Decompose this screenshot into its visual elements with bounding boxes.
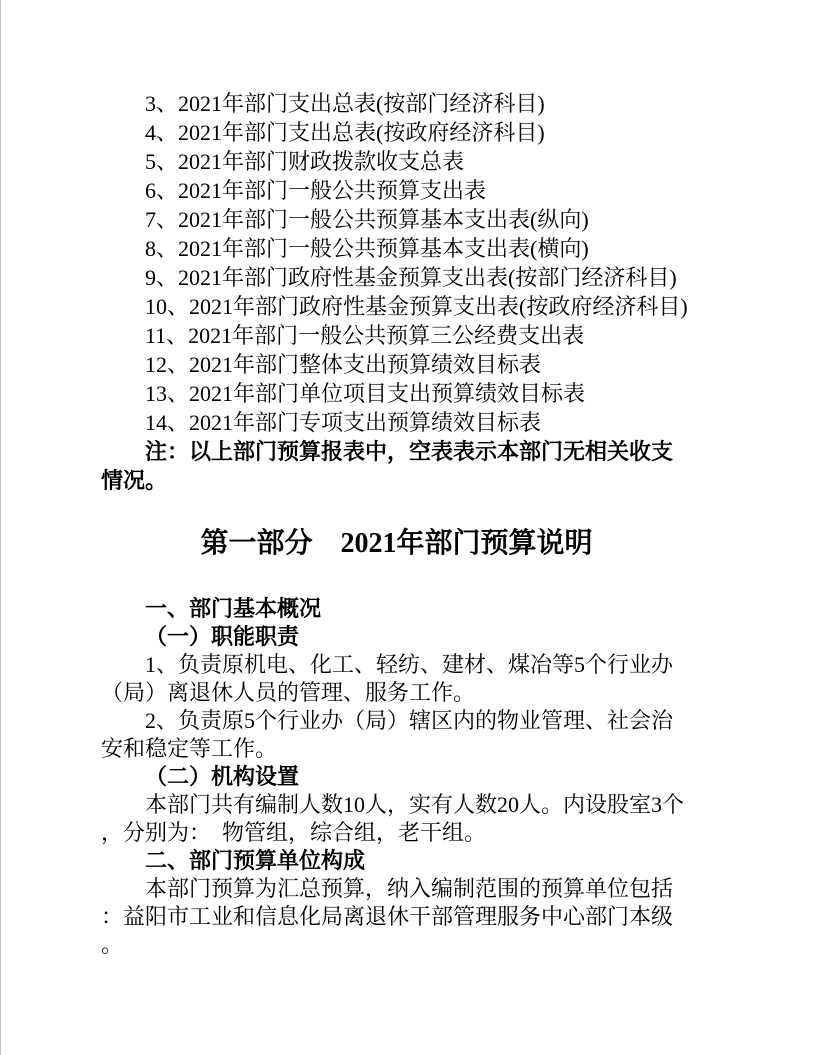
section-subheading: （二）机构设置 xyxy=(101,763,692,791)
budget-table-list-item: 10、2021年部门政府性基金预算支出表(按政府经济科目) xyxy=(101,292,692,321)
budget-table-list-item: 13、2021年部门单位项目支出预算绩效目标表 xyxy=(101,379,692,408)
document-content: 3、2021年部门支出总表(按部门经济科目)4、2021年部门支出总表(按政府经… xyxy=(1,0,815,959)
note-paragraph: 注：以上部门预算报表中，空表表示本部门无相关收支情况。 xyxy=(101,437,692,495)
budget-table-list-item: 9、2021年部门政府性基金预算支出表(按部门经济科目) xyxy=(101,263,692,292)
budget-table-list-item: 5、2021年部门财政拨款收支总表 xyxy=(101,147,692,176)
budget-table-list-item: 8、2021年部门一般公共预算基本支出表(横向) xyxy=(101,234,692,263)
section-subheading: 二、部门预算单位构成 xyxy=(101,847,692,875)
budget-table-list-item: 14、2021年部门专项支出预算绩效目标表 xyxy=(101,408,692,437)
budget-table-list-item: 11、2021年部门一般公共预算三公经费支出表 xyxy=(101,321,692,350)
budget-table-list-item: 3、2021年部门支出总表(按部门经济科目) xyxy=(101,89,692,118)
part-heading: 第一部分 2021年部门预算说明 xyxy=(101,525,692,563)
budget-table-list-item: 6、2021年部门一般公共预算支出表 xyxy=(101,176,692,205)
body-paragraph: 1、负责原机电、化工、轻纺、建材、煤冶等5个行业办（局）离退休人员的管理、服务工… xyxy=(101,651,692,707)
budget-table-list-item: 12、2021年部门整体支出预算绩效目标表 xyxy=(101,350,692,379)
section-subheading: （一）职能职责 xyxy=(101,623,692,651)
budget-table-list-item: 7、2021年部门一般公共预算基本支出表(纵向) xyxy=(101,205,692,234)
body-paragraph: 本部门预算为汇总预算，纳入编制范围的预算单位包括：益阳市工业和信息化局离退休干部… xyxy=(101,875,692,959)
budget-table-list-item: 4、2021年部门支出总表(按政府经济科目) xyxy=(101,118,692,147)
document-page: 3、2021年部门支出总表(按部门经济科目)4、2021年部门支出总表(按政府经… xyxy=(0,0,815,1055)
body-paragraph: 2、负责原5个行业办（局）辖区内的物业管理、社会治安和稳定等工作。 xyxy=(101,707,692,763)
section-subheading: 一、部门基本概况 xyxy=(101,595,692,623)
body-paragraph: 本部门共有编制人数10人，实有人数20人。内设股室3个，分别为： 物管组，综合组… xyxy=(101,791,692,847)
